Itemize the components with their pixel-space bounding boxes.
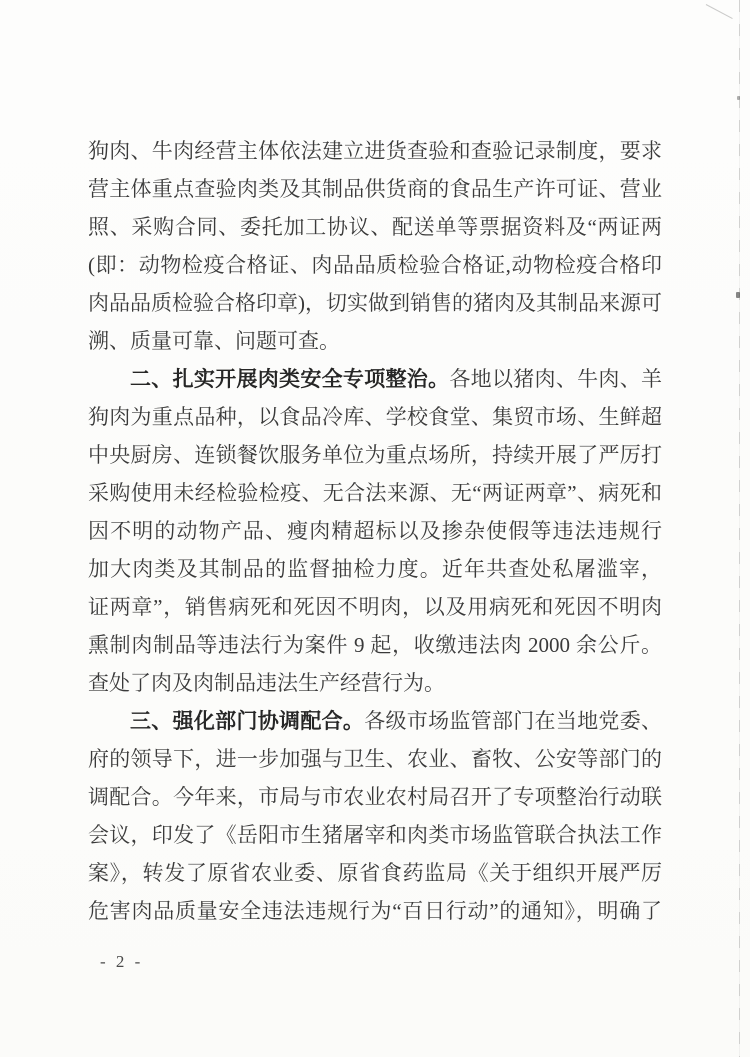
text-line: 证两章”，销售病死和死因不明肉，以及用病死和死因不明肉违法 [88, 588, 662, 626]
text-line: 营主体重点查验肉类及其制品供货商的食品生产许可证、营业执 [88, 170, 662, 208]
line-text: 调配合。今年来，市局与市农业农村局召开了专项整治行动联席 [88, 785, 662, 816]
line-text: 中央厨房、连锁餐饮服务单位为重点场所，持续开展了严厉打击 [88, 443, 662, 474]
text-line: 三、强化部门协调配合。各级市场监管部门在当地党委、政 [88, 702, 662, 740]
text-line: 狗肉、牛肉经营主体依法建立进货查验和查验记录制度，要求经 [88, 132, 662, 170]
text-line: 中央厨房、连锁餐饮服务单位为重点场所，持续开展了严厉打击 [88, 436, 662, 474]
text-line: 二、扎实开展肉类安全专项整治。各地以猪肉、牛肉、羊肉 [88, 360, 662, 398]
line-text: 营主体重点查验肉类及其制品供货商的食品生产许可证、营业执 [88, 177, 662, 208]
line-text: (即：动物检疫合格证、肉品品质检验合格证,动物检疫合格印章、 [88, 253, 662, 284]
line-text: 证两章”，销售病死和死因不明肉，以及用病死和死因不明肉违法 [88, 595, 662, 626]
text-line: 照、采购合同、委托加工协议、配送单等票据资料及“两证两章” [88, 208, 662, 246]
text-line: 肉品品质检验合格印章)，切实做到销售的猪肉及其制品来源可 [88, 284, 662, 322]
line-text: 加大肉类及其制品的监督抽检力度。近年共查处私屠滥宰，无“两 [88, 557, 662, 588]
line-text: 狗肉、牛肉经营主体依法建立进货查验和查验记录制度，要求经 [88, 139, 662, 170]
text-line: 采购使用未经检验检疫、无合法来源、无“两证两章”、病死和死 [88, 474, 662, 512]
scanned-document-page: { "page": { "number_label": "- 2 -", "ba… [0, 0, 750, 1057]
text-line: 调配合。今年来，市局与市农业农村局召开了专项整治行动联席 [88, 778, 662, 816]
text-line: (即：动物检疫合格证、肉品品质检验合格证,动物检疫合格印章、 [88, 246, 662, 284]
document-body: 狗肉、牛肉经营主体依法建立进货查验和查验记录制度，要求经营主体重点查验肉类及其制… [88, 132, 662, 930]
line-text: 危害肉品质量安全违法违规行为“百日行动”的通知》，明确了各 [88, 899, 662, 930]
line-text: 查处了肉及肉制品违法生产经营行为。 [88, 671, 445, 695]
scan-edge-artifact [739, 0, 740, 1057]
line-text: 会议，印发了《岳阳市生猪屠宰和肉类市场监管联合执法工作方 [88, 823, 662, 854]
line-text: 肉品品质检验合格印章)，切实做到销售的猪肉及其制品来源可 [88, 291, 662, 315]
text-line: 危害肉品质量安全违法违规行为“百日行动”的通知》，明确了各 [88, 892, 662, 930]
text-line: 溯、质量可靠、问题可查。 [88, 322, 662, 360]
text-line: 查处了肉及肉制品违法生产经营行为。 [88, 664, 662, 702]
line-text: 因不明的动物产品、瘦肉精超标以及掺杂使假等违法违规行为， [88, 519, 662, 550]
line-text: 采购使用未经检验检疫、无合法来源、无“两证两章”、病死和死 [88, 481, 662, 512]
paragraph-heading: 三、强化部门协调配合。 [130, 710, 364, 733]
text-line: 因不明的动物产品、瘦肉精超标以及掺杂使假等违法违规行为， [88, 512, 662, 550]
text-line: 熏制肉制品等违法行为案件 9 起，收缴违法肉 2000 余公斤。严厉 [88, 626, 662, 664]
paragraph-heading: 二、扎实开展肉类安全专项整治。 [130, 368, 449, 391]
text-line: 会议，印发了《岳阳市生猪屠宰和肉类市场监管联合执法工作方 [88, 816, 662, 854]
text-line: 府的领导下，进一步加强与卫生、农业、畜牧、公安等部门的协 [88, 740, 662, 778]
text-line: 案》，转发了原省农业委、原省食药监局《关于组织开展严厉打击 [88, 854, 662, 892]
page-number: - 2 - [100, 950, 143, 974]
line-text: 溯、质量可靠、问题可查。 [88, 329, 340, 353]
text-line: 加大肉类及其制品的监督抽检力度。近年共查处私屠滥宰，无“两 [88, 550, 662, 588]
line-text: 熏制肉制品等违法行为案件 9 起，收缴违法肉 2000 余公斤。严厉 [88, 633, 662, 664]
scan-speck-artifact [737, 96, 740, 100]
line-text: 案》，转发了原省农业委、原省食药监局《关于组织开展严厉打击 [88, 861, 662, 892]
line-text: 照、采购合同、委托加工协议、配送单等票据资料及“两证两章” [88, 215, 662, 246]
scan-speck-artifact [736, 292, 740, 298]
line-text: 狗肉为重点品种，以食品冷库、学校食堂、集贸市场、生鲜超市、 [88, 405, 662, 436]
text-line: 狗肉为重点品种，以食品冷库、学校食堂、集贸市场、生鲜超市、 [88, 398, 662, 436]
line-text: 府的领导下，进一步加强与卫生、农业、畜牧、公安等部门的协 [88, 747, 662, 778]
